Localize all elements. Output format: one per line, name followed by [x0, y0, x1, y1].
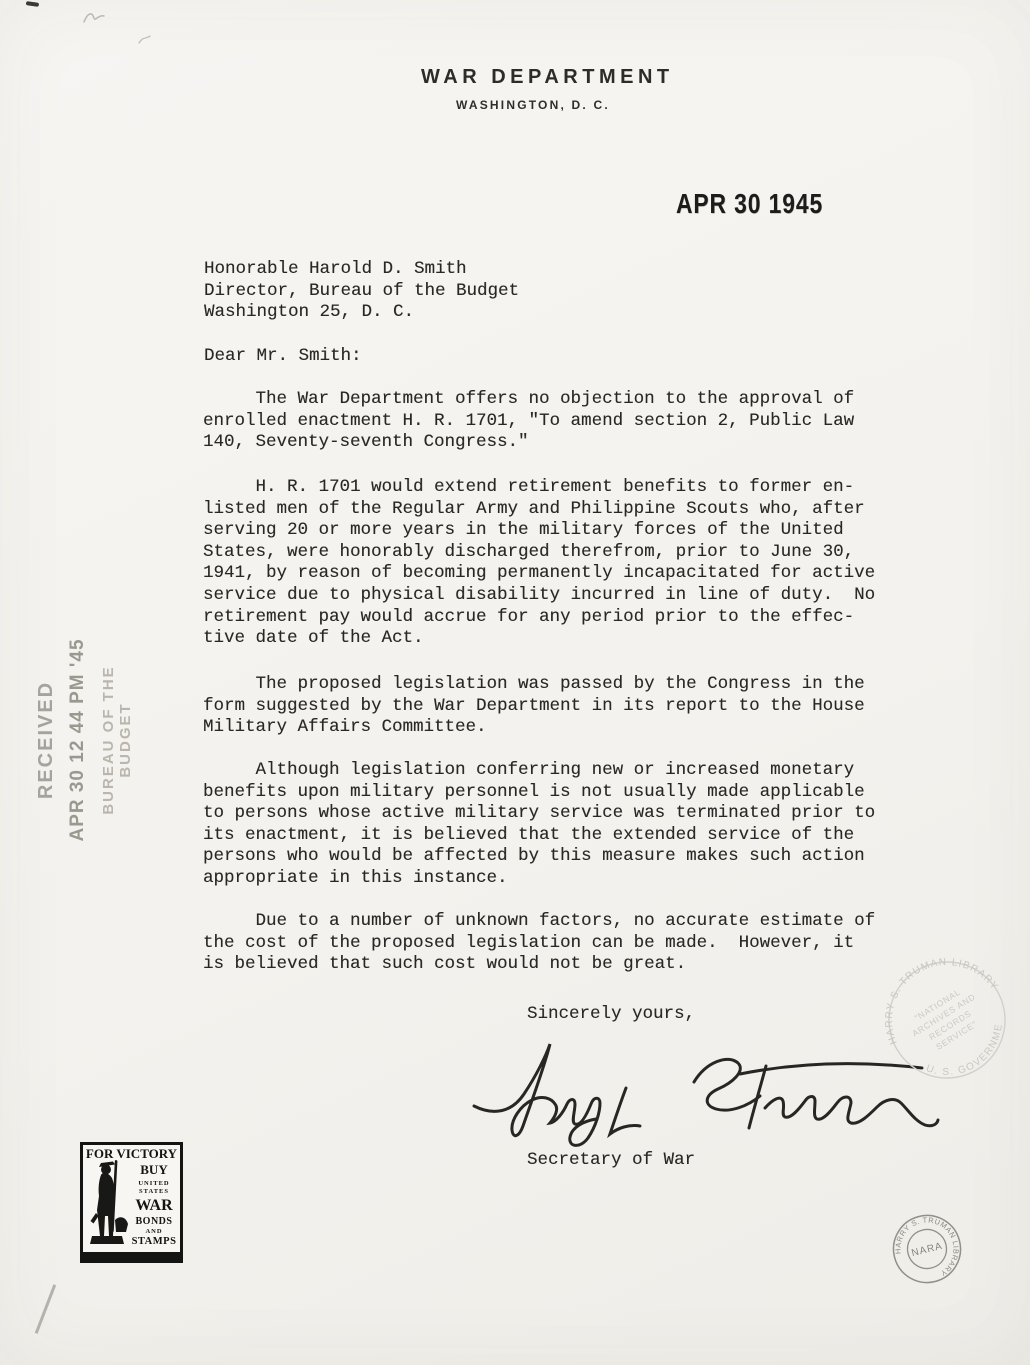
valediction: Sincerely yours,: [527, 1004, 695, 1026]
scan-mark: [26, 1, 39, 6]
victory-line: AND: [129, 1228, 179, 1235]
victory-line: STAMPS: [129, 1236, 179, 1247]
victory-stamp-text-column: BUY UNITED STATES WAR BONDS AND STAMPS: [129, 1162, 179, 1247]
received-stamp-datetime: APR 30 12 44 PM '45: [67, 630, 89, 850]
paragraph-2: H. R. 1701 would extend retirement benef…: [203, 477, 875, 650]
pencil-slash-mark: [35, 1284, 56, 1333]
received-stamp-title: RECEIVED: [35, 630, 58, 850]
paragraph-3: The proposed legislation was passed by t…: [203, 674, 865, 739]
received-stamp-office: BUREAU OF THE BUDGET: [100, 630, 134, 850]
date-stamp: APR 30 1945: [676, 188, 823, 221]
paragraph-5: Due to a number of unknown factors, no a…: [203, 911, 875, 976]
victory-line: BONDS: [129, 1216, 179, 1227]
recipient-address: Honorable Harold D. Smith Director, Bure…: [204, 259, 519, 324]
letterhead-title: WAR DEPARTMENT: [421, 66, 674, 89]
victory-line: WAR: [129, 1197, 179, 1215]
victory-bonds-stamp: FOR VICTORY BUY UNITED STATES WAR BONDS …: [80, 1142, 183, 1263]
received-stamp: RECEIVED APR 30 12 44 PM '45 BUREAU OF T…: [35, 630, 155, 850]
victory-stamp-base-bar: [83, 1252, 180, 1260]
paragraph-1: The War Department offers no objection t…: [203, 389, 854, 454]
victory-line: BUY: [129, 1162, 179, 1178]
pencil-mark: [138, 34, 152, 46]
pencil-mark: [82, 8, 108, 26]
paragraph-4: Although legislation conferring new or i…: [203, 760, 875, 890]
victory-line: UNITED: [129, 1180, 179, 1187]
nara-stamp-center-text: NARA: [910, 1241, 944, 1259]
letterhead-subtitle: WASHINGTON, D. C.: [456, 98, 610, 112]
minuteman-statue-icon: [84, 1158, 130, 1252]
salutation: Dear Mr. Smith:: [204, 346, 362, 368]
victory-line: STATES: [129, 1188, 179, 1195]
truman-library-archives-stamp: HARRY S. TRUMAN LIBRARY U. S. GOVERNMENT…: [862, 935, 1030, 1105]
letter-page: WAR DEPARTMENT WASHINGTON, D. C. APR 30 …: [0, 0, 1030, 1365]
truman-library-nara-stamp: HARRY S. TRUMAN LIBRARY NARA: [879, 1201, 975, 1297]
signer-title: Secretary of War: [527, 1150, 695, 1172]
